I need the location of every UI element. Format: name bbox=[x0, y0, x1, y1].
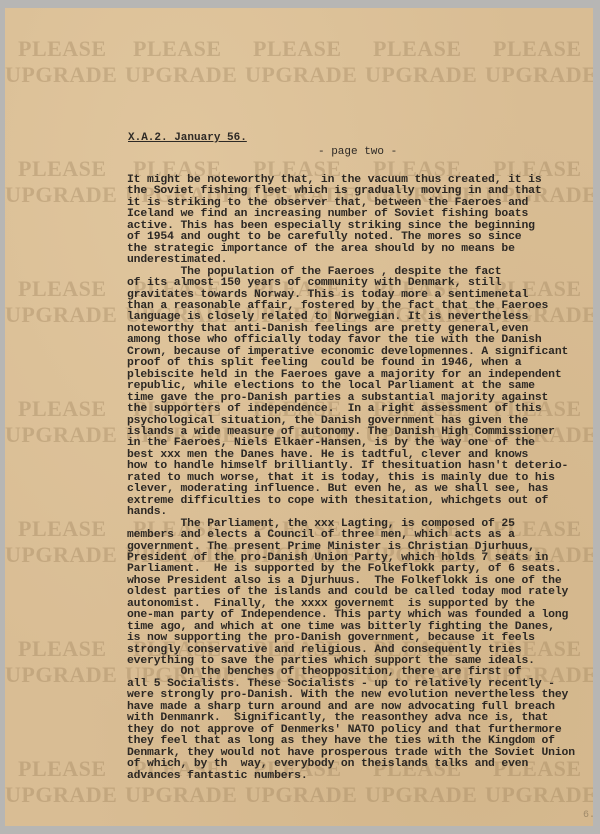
watermark-text: UPGRADE bbox=[245, 62, 357, 88]
text-line: the supporters of independence. In a rig… bbox=[127, 404, 597, 415]
text-line: underestimated. bbox=[127, 255, 597, 266]
page-number: 6. bbox=[583, 810, 595, 821]
text-line: is now supporting the pro-Danish governm… bbox=[127, 633, 597, 644]
watermark-text: UPGRADE bbox=[365, 782, 477, 808]
watermark-text: UPGRADE bbox=[365, 62, 477, 88]
watermark-text: UPGRADE bbox=[5, 662, 117, 688]
text-line: they feel that as long as they have the … bbox=[127, 736, 597, 747]
watermark-text: UPGRADE bbox=[5, 542, 117, 568]
document-body: It might be noteworthy that, in the vacu… bbox=[127, 175, 597, 782]
watermark-text: PLEASE bbox=[18, 156, 107, 182]
watermark-text: PLEASE bbox=[18, 756, 107, 782]
watermark-text: UPGRADE bbox=[125, 62, 237, 88]
watermark-text: PLEASE bbox=[18, 276, 107, 302]
watermark-text: UPGRADE bbox=[245, 782, 357, 808]
watermark-text: UPGRADE bbox=[485, 62, 593, 88]
text-line: of 1954 and ought to be carefully noted.… bbox=[127, 232, 597, 243]
text-line: hands. bbox=[127, 507, 597, 518]
watermark-text: PLEASE bbox=[133, 36, 222, 62]
text-line: members and elects a Council of three me… bbox=[127, 530, 597, 541]
watermark-text: PLEASE bbox=[253, 36, 342, 62]
page-label: - page two - bbox=[318, 146, 397, 158]
watermark-text: UPGRADE bbox=[5, 422, 117, 448]
watermark-text: UPGRADE bbox=[125, 782, 237, 808]
watermark-text: PLEASE bbox=[373, 36, 462, 62]
text-line: of its almost 150 years of community wit… bbox=[127, 278, 597, 289]
watermark-text: PLEASE bbox=[18, 636, 107, 662]
text-line: extreme difficulties to cope with thesit… bbox=[127, 496, 597, 507]
watermark-text: PLEASE bbox=[18, 396, 107, 422]
watermark-text: UPGRADE bbox=[5, 782, 117, 808]
watermark-text: PLEASE bbox=[18, 516, 107, 542]
watermark-text: UPGRADE bbox=[5, 62, 117, 88]
watermark-text: PLEASE bbox=[493, 36, 582, 62]
text-line: clever, moderating influence. But even h… bbox=[127, 484, 597, 495]
text-line: advances fantastic numbers. bbox=[127, 771, 597, 782]
document-reference: X.A.2. January 56. bbox=[128, 132, 247, 144]
text-line: republic, while elections to the local P… bbox=[127, 381, 597, 392]
text-line: one-man party of Independence. This part… bbox=[127, 610, 597, 621]
watermark-text: PLEASE bbox=[18, 36, 107, 62]
watermark-text: UPGRADE bbox=[5, 302, 117, 328]
text-line: of which, by th way, everybody on theisl… bbox=[127, 759, 597, 770]
watermark-text: UPGRADE bbox=[485, 782, 593, 808]
watermark-text: UPGRADE bbox=[5, 182, 117, 208]
text-line: proof of this split feeling could be fou… bbox=[127, 358, 597, 369]
